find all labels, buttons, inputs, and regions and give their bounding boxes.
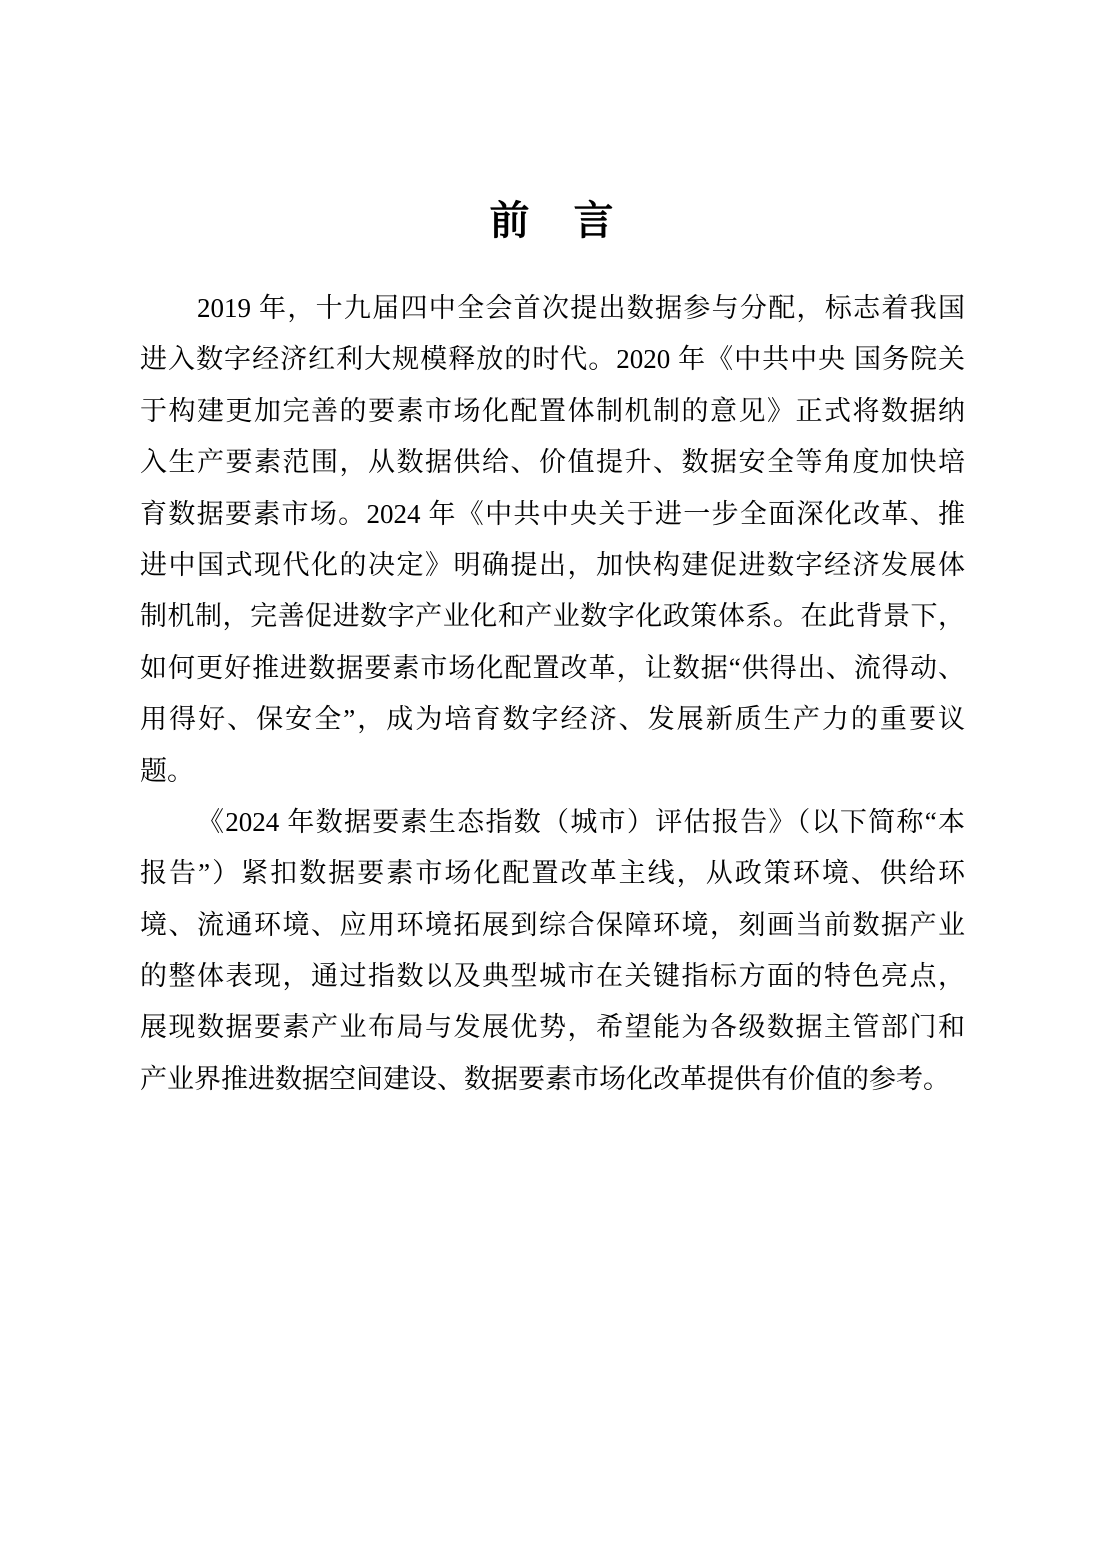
- text-line: 于构建更加完善的要素市场化配置体制机制的意见》正式将数据纳: [140, 386, 965, 437]
- document-body: 2019 年，十九届四中全会首次提出数据参与分配，标志着我国进入数字经济红利大规…: [140, 283, 965, 1105]
- text-line: 进入数字经济红利大规模释放的时代。2020 年《中共中央 国务院关: [140, 334, 965, 385]
- text-line: 用得好、保安全”，成为培育数字经济、发展新质生产力的重要议: [140, 694, 965, 745]
- document-page: 前 言 2019 年，十九届四中全会首次提出数据参与分配，标志着我国进入数字经济…: [0, 0, 1102, 1559]
- text-line: 境、流通环境、应用环境拓展到综合保障环境，刻画当前数据产业: [140, 900, 965, 951]
- text-line: 报告”）紧扣数据要素市场化配置改革主线，从政策环境、供给环: [140, 848, 965, 899]
- text-line: 展现数据要素产业布局与发展优势，希望能为各级数据主管部门和: [140, 1002, 965, 1053]
- paragraph: 《2024 年数据要素生态指数（城市）评估报告》（以下简称“本报告”）紧扣数据要…: [140, 797, 965, 1105]
- text-line: 的整体表现，通过指数以及典型城市在关键指标方面的特色亮点，: [140, 951, 965, 1002]
- text-line: 2019 年，十九届四中全会首次提出数据参与分配，标志着我国: [140, 283, 965, 334]
- text-line: 题。: [140, 746, 965, 797]
- text-line: 制机制，完善促进数字产业化和产业数字化政策体系。在此背景下，: [140, 591, 965, 642]
- text-line: 《2024 年数据要素生态指数（城市）评估报告》（以下简称“本: [140, 797, 965, 848]
- text-line: 如何更好推进数据要素市场化配置改革，让数据“供得出、流得动、: [140, 643, 965, 694]
- page-title: 前 言: [140, 196, 965, 246]
- text-line: 入生产要素范围，从数据供给、价值提升、数据安全等角度加快培: [140, 437, 965, 488]
- text-line: 产业界推进数据空间建设、数据要素市场化改革提供有价值的参考。: [140, 1054, 965, 1105]
- text-line: 育数据要素市场。2024 年《中共中央关于进一步全面深化改革、推: [140, 489, 965, 540]
- text-line: 进中国式现代化的决定》明确提出，加快构建促进数字经济发展体: [140, 540, 965, 591]
- paragraph: 2019 年，十九届四中全会首次提出数据参与分配，标志着我国进入数字经济红利大规…: [140, 283, 965, 797]
